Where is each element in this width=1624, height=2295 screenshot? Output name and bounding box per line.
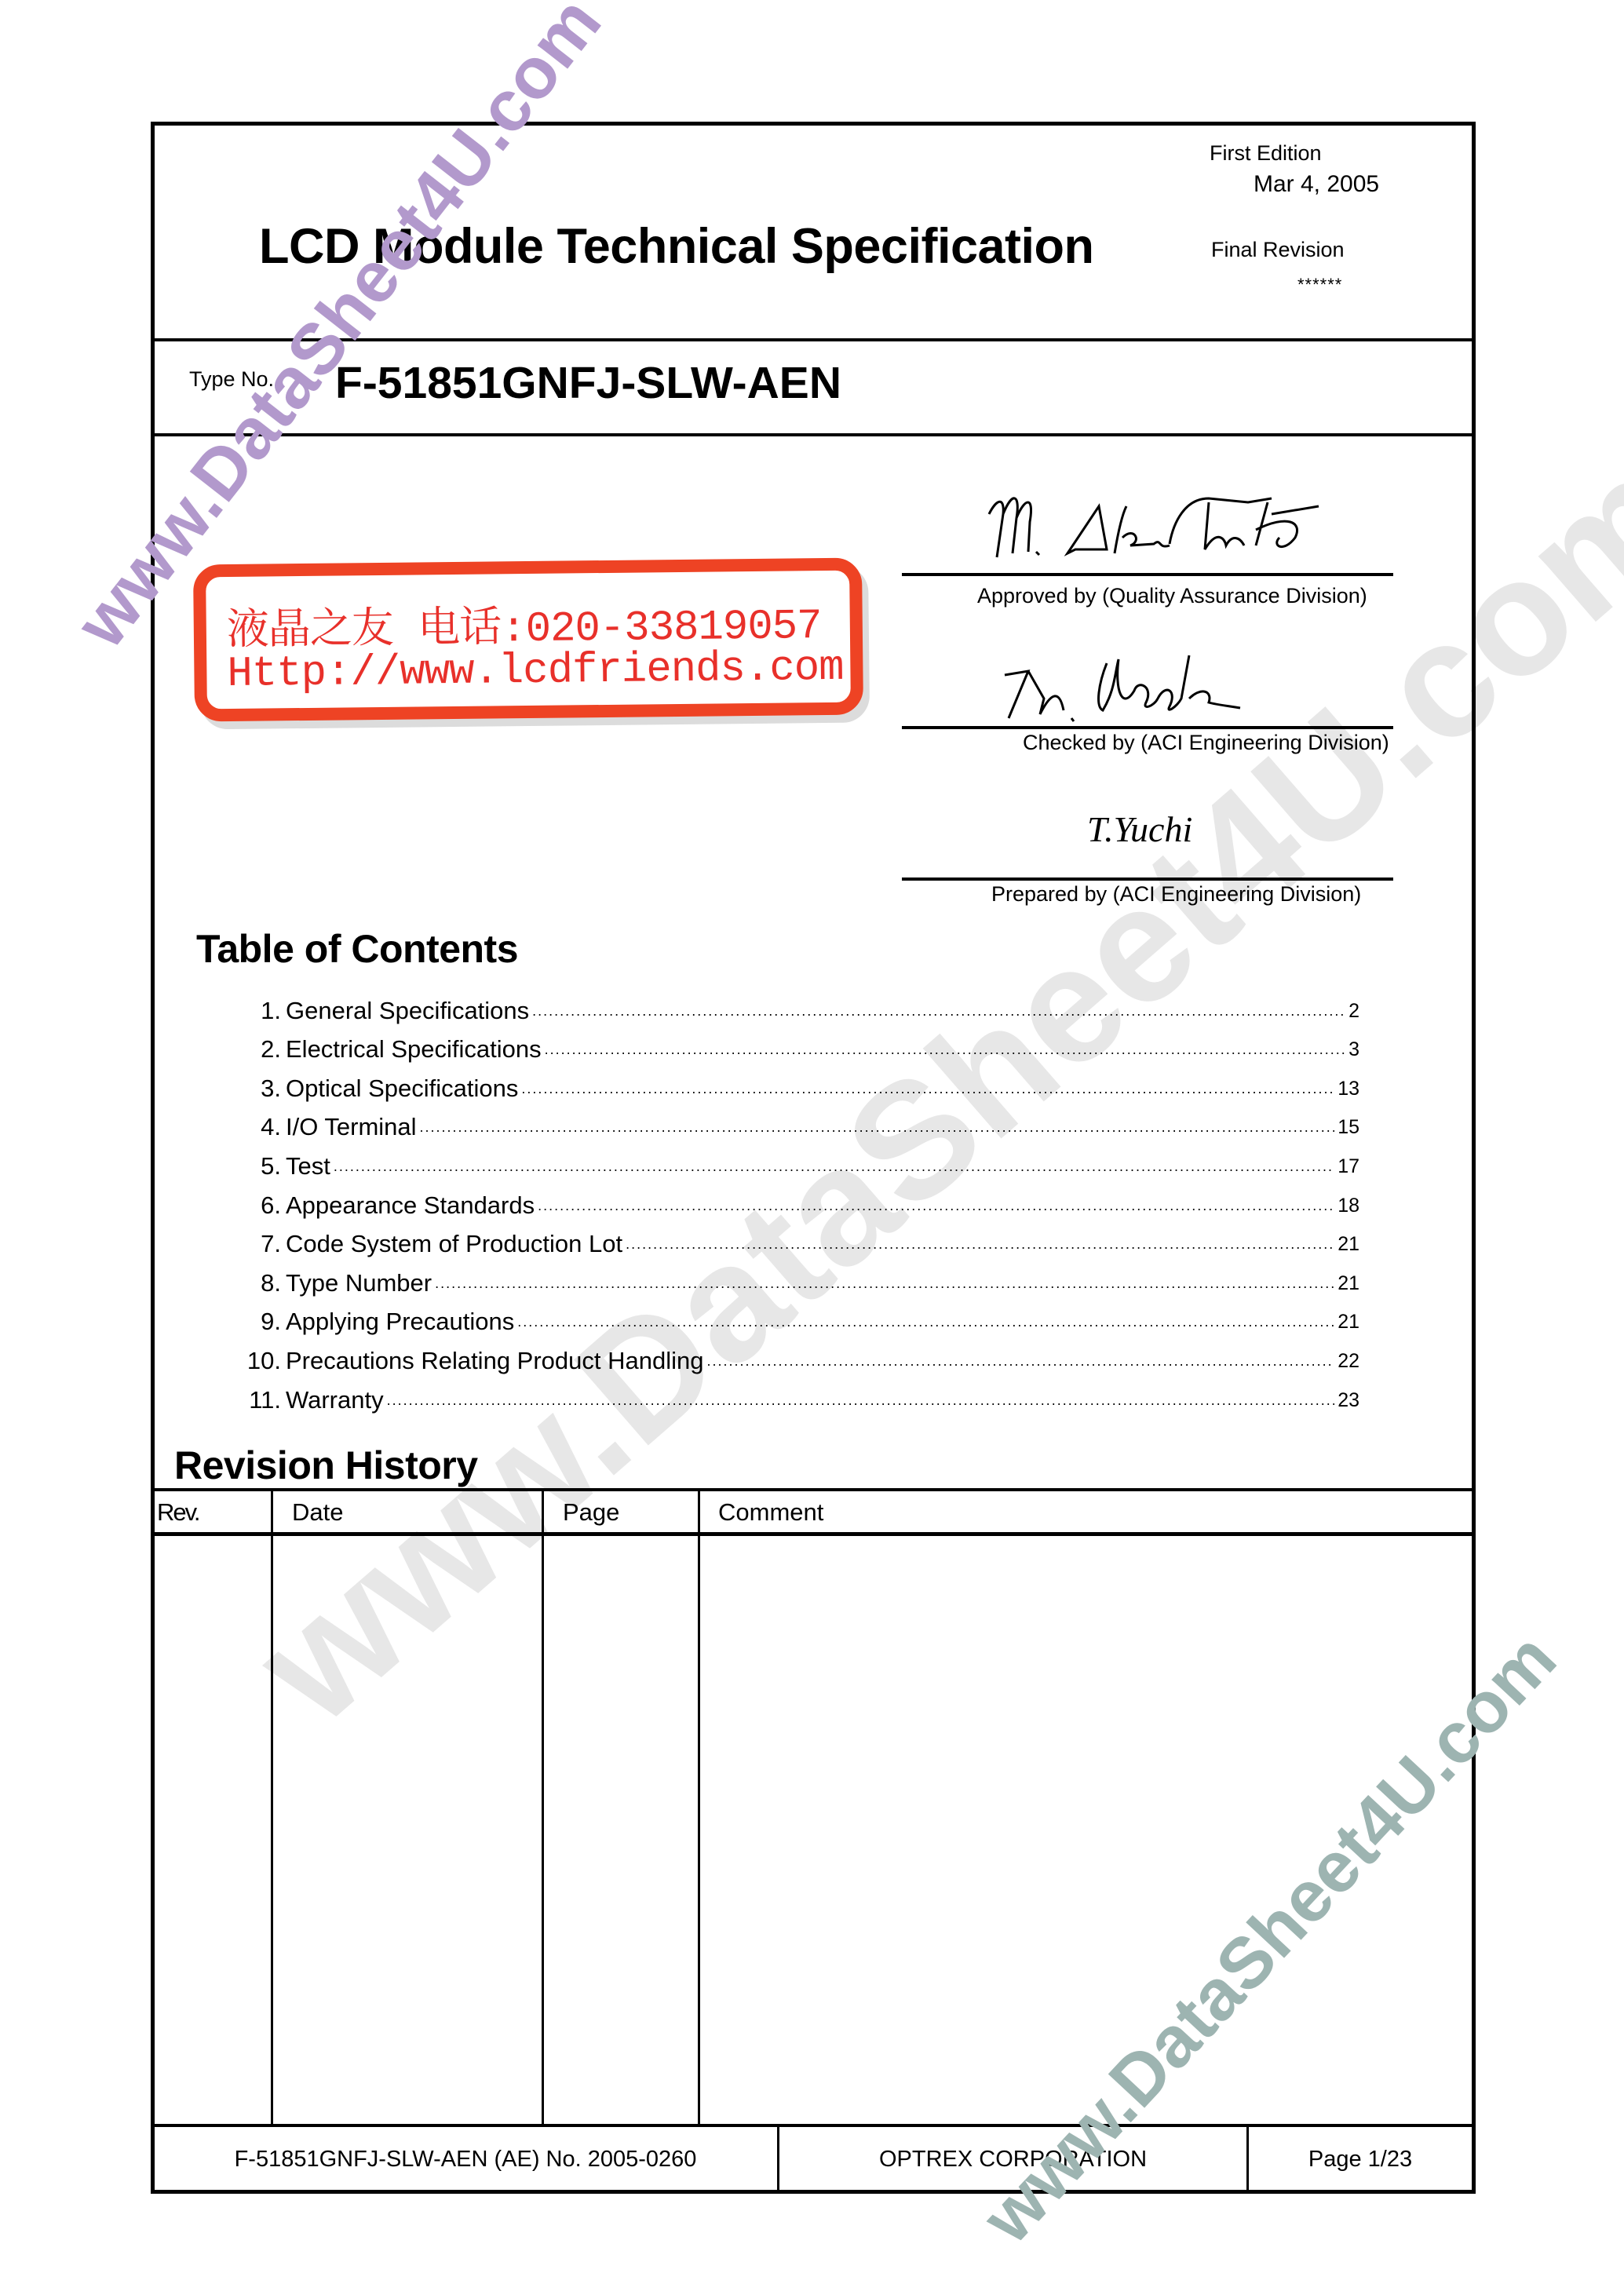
signature-line-approved [902,573,1393,576]
revision-col-divider-2 [542,1488,544,2125]
toc-item-number: 9. [235,1308,286,1336]
stamp-line-url: Http://www.lcdfriends.com [227,644,844,699]
toc-item[interactable]: 4.I/O Terminal..........................… [235,1103,1359,1142]
toc-leader-dots: ........................................… [538,1198,1334,1214]
toc-item-page: 21 [1338,1272,1359,1295]
caption-checked: Checked by (ACI Engineering Division) [1023,731,1389,755]
toc-item-page: 21 [1338,1233,1359,1256]
toc-item-label: Test [286,1152,330,1180]
toc-item-number: 5. [235,1152,286,1180]
revision-history-heading: Revision History [174,1443,478,1488]
revision-label: Final Revision [1211,238,1345,262]
toc-item[interactable]: 9.Applying Precautions..................… [235,1297,1359,1337]
toc-item-label: General Specifications [286,997,529,1025]
toc-item-number: 6. [235,1191,286,1220]
toc-leader-dots: ........................................… [387,1392,1335,1409]
toc-item-number: 2. [235,1035,286,1064]
toc-item-page: 15 [1338,1116,1359,1139]
edition-date: Mar 4, 2005 [1254,171,1379,198]
toc-item-label: Code System of Production Lot [286,1230,622,1258]
revision-table-header-bottom [151,1532,1476,1536]
toc-item-page: 17 [1338,1155,1359,1178]
toc-item-page: 18 [1338,1195,1359,1217]
toc-leader-dots: ........................................… [435,1275,1334,1292]
revision-value: ****** [1297,275,1342,295]
signature-approved-icon [973,483,1342,561]
column-header-rev: Rev. [157,1498,199,1527]
signature-prepared: T.Yuchi [1087,808,1192,850]
caption-approved: Approved by (Quality Assurance Division) [977,584,1367,608]
toc-item[interactable]: 11.Warranty.............................… [235,1375,1359,1414]
toc-item-label: Type Number [286,1269,432,1297]
footer-doc-number: F-51851GNFJ-SLW-AEN (AE) No. 2005-0260 [154,2147,777,2173]
toc-item[interactable]: 2.Electrical Specifications.............… [235,1025,1359,1064]
toc-item[interactable]: 5.Test..................................… [235,1141,1359,1180]
toc-leader-dots: ........................................… [517,1314,1334,1330]
signature-line-checked [902,726,1393,729]
column-header-page: Page [563,1498,619,1527]
toc-item-number: 10. [235,1347,286,1375]
toc-item-label: I/O Terminal [286,1113,417,1141]
toc-item-page: 23 [1338,1389,1359,1412]
footer-page-number: Page 1/23 [1249,2147,1472,2173]
toc-leader-dots: ........................................… [532,1003,1345,1020]
toc-leader-dots: ........................................… [545,1042,1345,1058]
revision-table-top [151,1488,1476,1491]
toc-item-label: Warranty [286,1386,384,1414]
toc-item-page: 2 [1348,1000,1359,1023]
toc-leader-dots: ........................................… [521,1081,1334,1097]
toc-item-page: 21 [1338,1311,1359,1334]
toc-leader-dots: ........................................… [334,1158,1334,1175]
toc-item[interactable]: 6.Appearance Standards..................… [235,1180,1359,1220]
signature-checked-icon [997,644,1279,722]
table-of-contents: 1.General Specifications................… [235,986,1359,1414]
toc-item[interactable]: 3.Optical Specifications................… [235,1064,1359,1103]
toc-item-label: Appearance Standards [286,1191,535,1220]
toc-item[interactable]: 8.Type Number...........................… [235,1258,1359,1297]
signature-line-prepared [902,877,1393,881]
revision-col-divider-3 [698,1488,700,2125]
toc-item-page: 22 [1338,1350,1359,1373]
toc-leader-dots: ........................................… [626,1236,1334,1253]
toc-item-number: 7. [235,1230,286,1258]
toc-item-number: 1. [235,997,286,1025]
toc-item-label: Precautions Relating Product Handling [286,1347,703,1375]
toc-item-label: Optical Specifications [286,1075,518,1103]
toc-item-number: 11. [235,1386,286,1414]
vendor-stamp: 液晶之友 电话:020-33819057 Http://www.lcdfrien… [193,558,863,722]
toc-item-number: 3. [235,1075,286,1103]
toc-item-page: 3 [1348,1038,1359,1061]
toc-item-number: 8. [235,1269,286,1297]
toc-item[interactable]: 7.Code System of Production Lot.........… [235,1220,1359,1259]
toc-leader-dots: ........................................… [420,1119,1335,1136]
caption-prepared: Prepared by (ACI Engineering Division) [991,882,1361,907]
toc-heading: Table of Contents [196,926,518,972]
revision-col-divider-1 [271,1488,273,2125]
toc-item-label: Electrical Specifications [286,1035,542,1064]
toc-item-label: Applying Precautions [286,1308,514,1336]
type-divider [151,433,1476,436]
column-header-comment: Comment [718,1498,823,1527]
toc-item-number: 4. [235,1113,286,1141]
edition-label: First Edition [1210,141,1322,166]
type-number: F-51851GNFJ-SLW-AEN [335,357,841,409]
toc-item-page: 13 [1338,1078,1359,1100]
toc-item[interactable]: 1.General Specifications................… [235,986,1359,1025]
footer-top [151,2124,1476,2127]
toc-item[interactable]: 10.Precautions Relating Product Handling… [235,1336,1359,1375]
toc-leader-dots: ........................................… [706,1353,1334,1370]
column-header-date: Date [292,1498,343,1527]
